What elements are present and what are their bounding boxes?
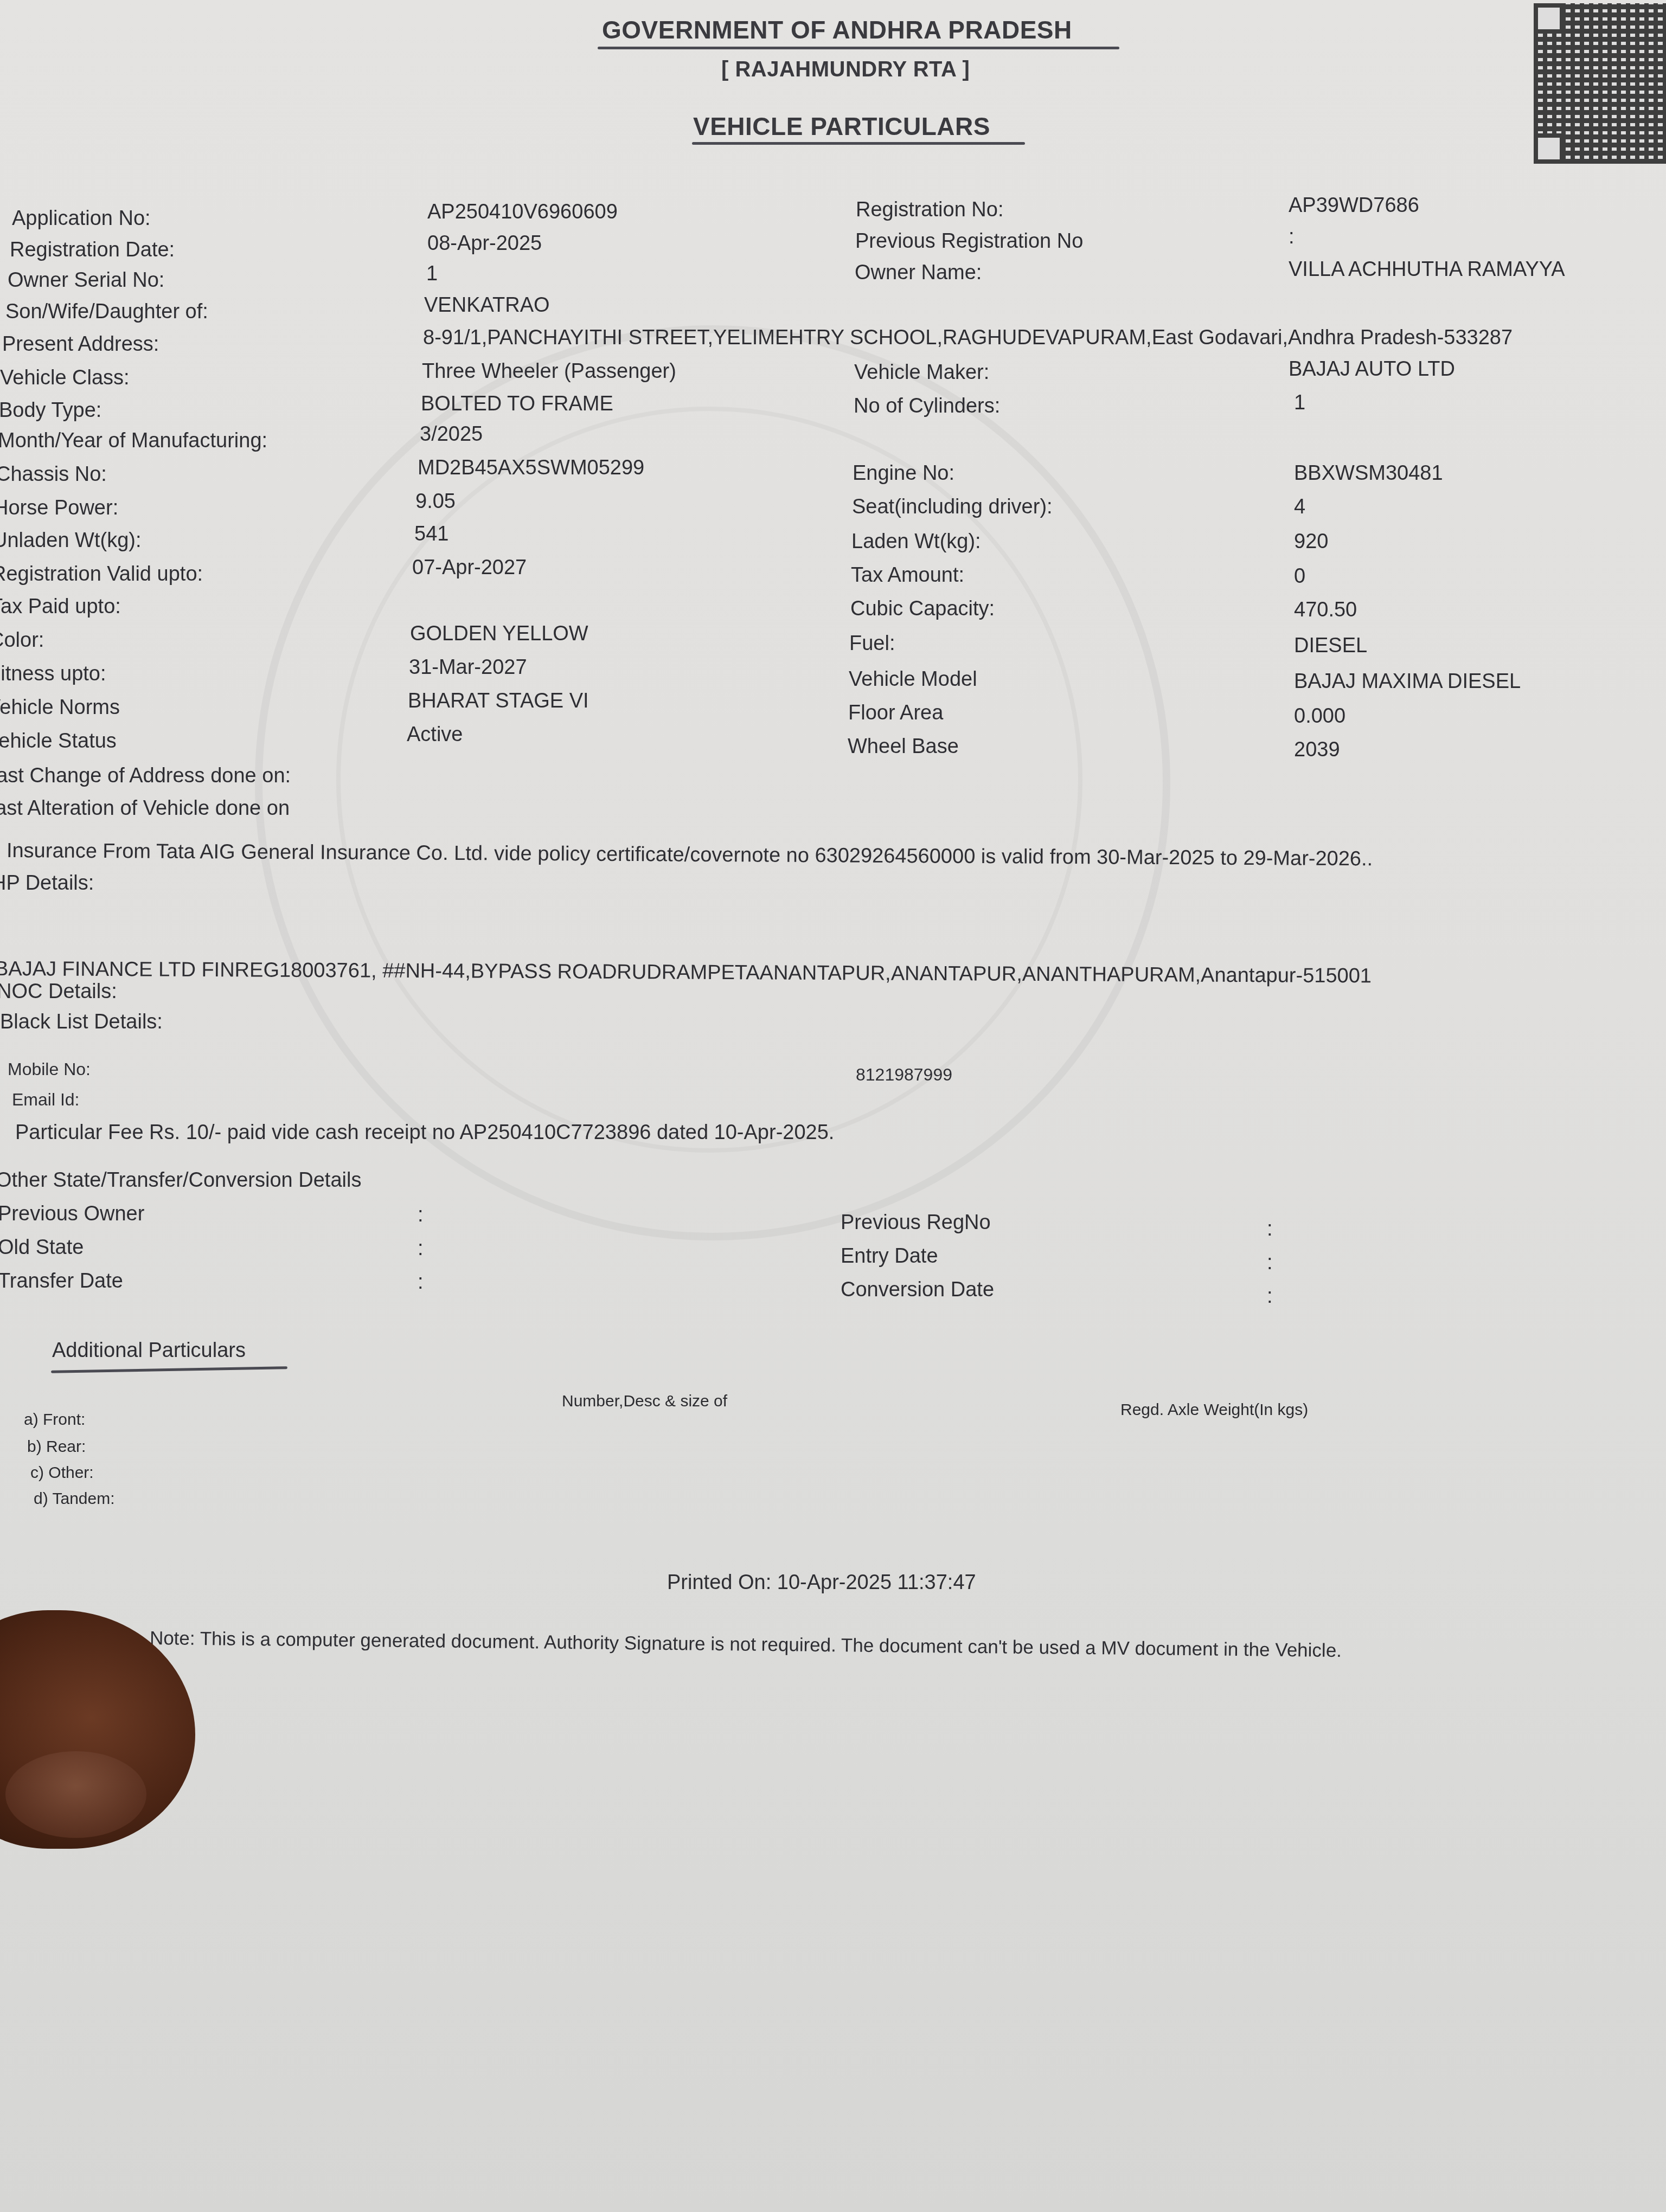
field-label: Tax Amount: [851,564,964,587]
field-label: Application No: [12,207,151,230]
hp-value: BAJAJ FINANCE LTD FINREG18003761, ##NH-4… [0,957,1372,988]
field-label: Fitness upto: [0,663,106,686]
transfer-value: : [1267,1285,1273,1308]
field-value: AP39WD7686 [1289,194,1419,217]
title-underline [598,47,1119,49]
field-label: Vehicle Status [0,730,117,753]
field-value: 920 [1294,530,1328,554]
fingernail-photo-artifact [5,1751,146,1838]
field-label: Registration No: [856,198,1003,222]
field-label: Engine No: [853,462,954,485]
field-label: Owner Name: [855,261,982,285]
transfer-label: Entry Date [841,1245,938,1268]
transfer-value: : [418,1237,424,1261]
footer-note: Note: This is a computer generated docum… [150,1628,1342,1662]
field-label: Unladen Wt(kg): [0,529,142,552]
field-value: BBXWSM30481 [1294,462,1443,485]
field-label: Horse Power: [0,497,118,520]
axle-row-label: c) Other: [30,1464,94,1482]
field-value: Three Wheeler (Passenger) [422,360,676,383]
transfer-value: : [1267,1218,1273,1241]
field-label: Owner Serial No: [8,269,164,292]
transfer-label: Transfer Date [0,1270,123,1293]
field-label: Vehicle Maker: [854,361,989,384]
mobile-label: Mobile No: [8,1059,91,1079]
field-value: BHARAT STAGE VI [408,690,589,713]
field-value: : [1289,226,1295,249]
mobile-value: 8121987999 [856,1065,952,1085]
printed-on: Printed On: 10-Apr-2025 11:37:47 [667,1571,976,1594]
axle-desc-header: Number,Desc & size of [562,1392,727,1411]
field-value: 541 [414,523,448,546]
fee-text: Particular Fee Rs. 10/- paid vide cash r… [15,1121,834,1144]
field-value: BOLTED TO FRAME [421,393,613,416]
blacklist-label: Black List Details: [0,1011,163,1034]
field-value: 4 [1294,496,1305,519]
field-label: Present Address: [2,333,159,356]
email-label: Email Id: [12,1090,79,1110]
field-label: Color: [0,629,44,652]
field-value: Active [407,723,463,747]
field-label: Tax Paid upto: [0,595,121,619]
field-label: Seat(including driver): [852,496,1053,519]
qr-finder-icon [1534,3,1564,34]
field-label: No of Cylinders: [854,395,1000,418]
axle-row-label: b) Rear: [27,1438,86,1456]
field-value: 1 [1294,391,1305,415]
additional-underline [51,1366,287,1373]
field-value: 8-91/1,PANCHAYITHI STREET,YELIMEHTRY SCH… [423,326,1513,350]
field-label: Month/Year of Manufacturing: [0,429,267,453]
field-label: Last Alteration of Vehicle done on [0,797,290,820]
field-value: 0.000 [1294,705,1345,728]
field-value: 2039 [1294,738,1340,762]
page-title: VEHICLE PARTICULARS [693,112,990,141]
page-title-underline [692,142,1025,145]
transfer-label: Previous Owner [0,1203,144,1226]
transfer-value: : [418,1271,424,1294]
insurance-text: Insurance From Tata AIG General Insuranc… [7,839,1373,871]
field-value: 1 [426,262,438,286]
field-value: VILLA ACHHUTHA RAMAYYA [1289,258,1565,281]
field-value: 3/2025 [420,423,483,446]
hp-label: HP Details: [0,872,94,895]
transfer-label: Old State [0,1236,84,1259]
axle-weight-header: Regd. Axle Weight(In kgs) [1120,1401,1308,1419]
transfer-label: Conversion Date [841,1278,994,1302]
field-label: Last Change of Address done on: [0,764,291,788]
field-label: Vehicle Norms [0,696,120,719]
additional-heading: Additional Particulars [52,1339,246,1362]
field-label: Son/Wife/Daughter of: [5,300,208,324]
field-label: Body Type: [0,399,101,422]
field-value: 0 [1294,565,1305,588]
field-value: 470.50 [1294,599,1357,622]
field-label: Cubic Capacity: [850,597,995,621]
field-label: Previous Registration No [855,230,1083,253]
field-label: Chassis No: [0,463,107,486]
field-label: Wheel Base [848,735,959,758]
qr-code-icon [1534,3,1666,164]
transfer-label: Previous RegNo [841,1211,991,1234]
field-label: Vehicle Class: [0,366,130,390]
transfer-value: : [418,1204,424,1227]
field-value: 07-Apr-2027 [412,556,527,580]
field-value: 31-Mar-2027 [409,656,527,679]
field-label: Fuel: [849,632,895,655]
transfer-value: : [1267,1251,1273,1275]
noc-label: NOC Details: [0,980,117,1004]
field-value: 08-Apr-2025 [427,232,542,255]
field-label: Registration Date: [10,239,175,262]
field-value: GOLDEN YELLOW [410,622,588,646]
qr-finder-icon [1534,133,1564,164]
transfer-heading: Other State/Transfer/Conversion Details [0,1169,361,1192]
field-value: VENKATRAO [424,294,550,317]
field-value: 9.05 [415,490,456,513]
field-label: Vehicle Model [849,668,977,691]
field-label: Laden Wt(kg): [851,530,981,554]
office-name: [ RAJAHMUNDRY RTA ] [721,57,970,82]
field-value: DIESEL [1294,634,1367,658]
field-label: Registration Valid upto: [0,563,203,586]
field-label: Floor Area [848,702,943,725]
field-value: MD2B45AX5SWM05299 [418,456,644,480]
axle-row-label: d) Tandem: [34,1490,115,1508]
government-title: GOVERNMENT OF ANDHRA PRADESH [602,15,1072,44]
field-value: AP250410V6960609 [427,201,618,224]
field-value: BAJAJ AUTO LTD [1289,358,1455,381]
axle-row-label: a) Front: [24,1411,85,1429]
field-value: BAJAJ MAXIMA DIESEL [1294,670,1521,693]
